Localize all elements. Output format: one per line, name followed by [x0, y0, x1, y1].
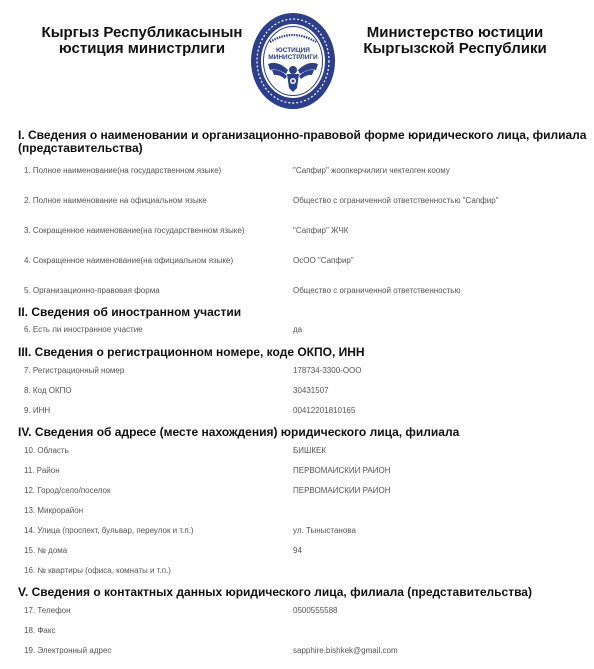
field-value: "Сапфир" жоопкерчилиги чектелген коому	[293, 166, 450, 175]
section-title-contacts: V. Сведения о контактных данных юридичес…	[18, 586, 588, 599]
field-value: да	[293, 325, 302, 334]
section-title-address: IV. Сведения об адресе (месте нахождения…	[18, 426, 588, 439]
field-row: 9. ИНН 00412201810165	[0, 406, 594, 420]
field-row: 7. Регистрационный номер 178734-3300-ООО	[0, 366, 594, 380]
field-row: 3. Сокращенное наименование(на государст…	[0, 226, 594, 240]
field-label: 19. Электронный адрес	[24, 646, 111, 655]
header-title-kyrgyz: Кыргыз Республикасынын юстиция министрли…	[27, 25, 257, 57]
field-value[interactable]: sapphire.bishkek@gmail.com	[293, 646, 398, 655]
field-value: 178734-3300-ООО	[293, 366, 362, 375]
field-value: ПЕРВОМАИСКИИ РАИОН	[293, 486, 391, 495]
field-label: 8. Код ОКПО	[24, 386, 72, 395]
field-label: 10. Область	[24, 446, 69, 455]
field-label: 2. Полное наименование на официальном яз…	[24, 196, 207, 205]
field-row: 19. Электронный адрес sapphire.bishkek@g…	[0, 646, 594, 660]
section-title-names: I. Сведения о наименовании и организацио…	[18, 129, 588, 155]
field-row: 17. Телефон 0500555588	[0, 606, 594, 620]
header-title-kyrgyz-line2: юстиция министрлиги	[27, 41, 257, 57]
field-row: 6. Есть ли иностранное участие да	[0, 325, 594, 339]
field-row: 4. Сокращенное наименование(на официальн…	[0, 256, 594, 270]
field-label: 15. № дома	[24, 546, 67, 555]
field-label: 14. Улица (проспект, бульвар, переулок и…	[24, 526, 194, 535]
field-row: 8. Код ОКПО 30431507	[0, 386, 594, 400]
header-title-russian-line2: Кыргызской Республики	[340, 41, 570, 57]
field-row: 2. Полное наименование на официальном яз…	[0, 196, 594, 210]
field-value: 00412201810165	[293, 406, 355, 415]
field-value: ул. Тыныстанова	[293, 526, 356, 535]
ministry-emblem-icon: ЮСТИЦИЯ МИНИСТРЛИГИ	[250, 12, 336, 110]
field-row: 15. № дома 94	[0, 546, 594, 560]
header-title-russian-line1: Министерство юстиции	[340, 25, 570, 41]
field-row: 18. Факс	[0, 626, 594, 640]
field-label: 11. Район	[24, 466, 60, 475]
document-header: Кыргыз Республикасынын юстиция министрли…	[0, 0, 594, 120]
field-value: БИШКЕК	[293, 446, 326, 455]
field-row: 16. № квартиры (офиса, комнаты и т.п.)	[0, 566, 594, 580]
field-label: 17. Телефон	[24, 606, 71, 615]
field-row: 10. Область БИШКЕК	[0, 446, 594, 460]
svg-text:МИНИСТРЛИГИ: МИНИСТРЛИГИ	[268, 54, 318, 61]
header-title-russian: Министерство юстиции Кыргызской Республи…	[340, 25, 570, 57]
field-label: 1. Полное наименование(на государственно…	[24, 166, 221, 175]
field-label: 5. Организационно-правовая форма	[24, 286, 160, 295]
field-value: ОсОО "Сапфир"	[293, 256, 354, 265]
field-value: ПЕРВОМАИСКИИ РАИОН	[293, 466, 391, 475]
field-label: 12. Город/село/поселок	[24, 486, 111, 495]
field-row: 11. Район ПЕРВОМАИСКИИ РАИОН	[0, 466, 594, 480]
field-value: Общество с ограниченной ответственностью	[293, 286, 460, 295]
field-value: 94	[293, 546, 302, 555]
field-value: "Сапфир" ЖЧК	[293, 226, 348, 235]
field-label: 16. № квартиры (офиса, комнаты и т.п.)	[24, 566, 171, 575]
field-value: 30431507	[293, 386, 329, 395]
field-label: 7. Регистрационный номер	[24, 366, 124, 375]
field-label: 9. ИНН	[24, 406, 50, 415]
field-label: 3. Сокращенное наименование(на государст…	[24, 226, 245, 235]
field-value: 0500555588	[293, 606, 338, 615]
section-title-registration: III. Сведения о регистрационном номере, …	[18, 346, 588, 359]
field-value: Общество с ограниченной ответственностью…	[293, 196, 499, 205]
field-label: 13. Микрорайон	[24, 506, 83, 515]
field-label: 6. Есть ли иностранное участие	[24, 325, 143, 334]
field-row: 14. Улица (проспект, бульвар, переулок и…	[0, 526, 594, 540]
svg-text:ЮСТИЦИЯ: ЮСТИЦИЯ	[276, 47, 310, 54]
header-title-kyrgyz-line1: Кыргыз Республикасынын	[27, 25, 257, 41]
field-label: 18. Факс	[24, 626, 55, 635]
field-row: 1. Полное наименование(на государственно…	[0, 166, 594, 180]
field-row: 5. Организационно-правовая форма Обществ…	[0, 286, 594, 300]
section-title-foreign-participation: II. Сведения об иностранном участии	[18, 306, 588, 319]
field-row: 12. Город/село/поселок ПЕРВОМАИСКИИ РАИО…	[0, 486, 594, 500]
field-row: 13. Микрорайон	[0, 506, 594, 520]
field-label: 4. Сокращенное наименование(на официальн…	[24, 256, 233, 265]
